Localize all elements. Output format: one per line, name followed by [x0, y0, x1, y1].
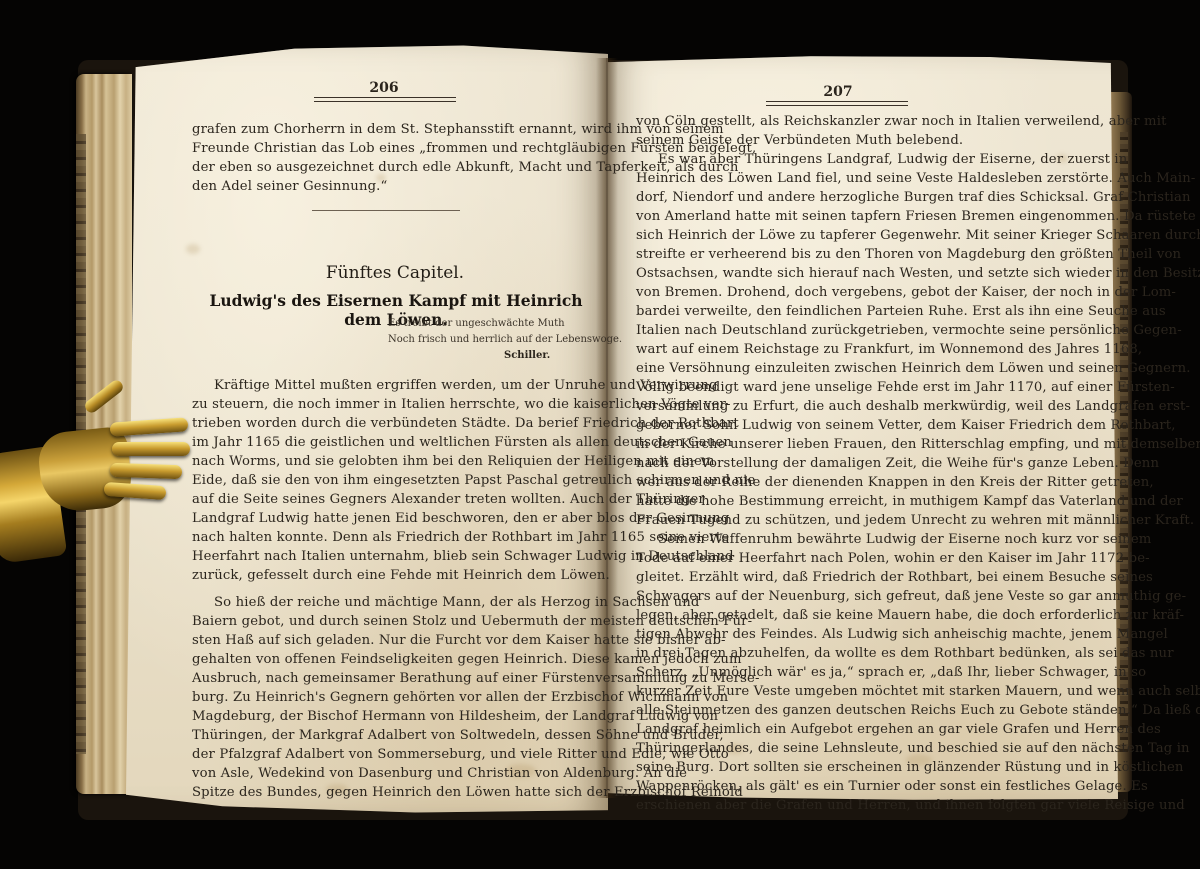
text-line: tigen Abwehr des Feindes. Als Ludwig sic…	[636, 627, 1042, 642]
text-line: der eben so ausgezeichnet durch edle Abk…	[192, 160, 592, 175]
brass-finger	[110, 463, 182, 480]
text-line: Scherz. „Unmöglich wär' es ja,“ sprach e…	[636, 665, 1042, 680]
text-line: grafen zum Chorherrn in dem St. Stephans…	[192, 122, 592, 137]
text-line: in drei Tagen abzuhelfen, da wollte es d…	[636, 646, 1042, 661]
text-line: streifte er verheerend bis zu den Thoren…	[636, 247, 1042, 262]
chapter-number: Fünftes Capitel.	[200, 263, 590, 283]
text-line: Völlig beendigt ward jene unselige Fehde…	[636, 380, 1042, 395]
text-line: eine Versöhnung einzuleiten zwischen Hei…	[636, 361, 1042, 376]
text-line: gehalten von offenen Feindseligkeiten ge…	[192, 652, 592, 667]
text-line: nach halten konnte. Denn als Friedrich d…	[192, 530, 592, 545]
text-line: sich Heinrich der Löwe zu tapferer Gegen…	[636, 228, 1042, 243]
text-line: seine Burg. Dort sollten sie erscheinen …	[636, 760, 1042, 775]
text-line: Ostsachsen, wandte sich hierauf nach Wes…	[636, 266, 1042, 281]
epigraph-line: Es treibt der ungeschwächte Muth	[388, 318, 565, 329]
text-line: So hieß der reiche und mächtige Mann, de…	[192, 595, 592, 610]
text-line: Landgraf heimlich ein Aufgebot ergehen a…	[636, 722, 1042, 737]
header-rule-left	[314, 97, 456, 102]
brass-finger	[112, 442, 190, 456]
text-line: erschienen aber die Grafen und Herren, u…	[636, 798, 1042, 813]
text-line: sten Haß auf sich geladen. Nur die Furch…	[192, 633, 592, 648]
text-line: nach der Vorstellung der damaligen Zeit,…	[636, 456, 1042, 471]
text-line: kurzer Zeit Eure Veste umgeben möchtet m…	[636, 684, 1042, 699]
text-line: Magdeburg, der Bischof Hermann von Hilde…	[192, 709, 592, 724]
epigraph-line: Noch frisch und herrlich auf der Lebensw…	[388, 334, 622, 345]
brass-thumb	[83, 378, 126, 415]
text-line: dorf, Niendorf und andere herzogliche Bu…	[636, 190, 1042, 205]
text-line: von Asle, Wedekind von Dasenburg und Chr…	[192, 766, 592, 781]
text-line: Freunde Christian das Lob eines „frommen…	[192, 141, 592, 156]
text-line: wer aus der Reihe der dienenden Knappen …	[636, 475, 1042, 490]
epigraph-author: Schiller.	[504, 350, 550, 361]
text-line: Schwagers auf der Neuenburg, sich gefreu…	[636, 589, 1042, 604]
text-line: versammlung zu Erfurt, die auch deshalb …	[636, 399, 1042, 414]
text-line: Baiern gebot, und durch seinen Stolz und…	[192, 614, 592, 629]
text-line: Seinen Waffenruhm bewährte Ludwig der Ei…	[636, 532, 1064, 547]
text-line: in der Kirche unserer lieben Frauen, den…	[636, 437, 1042, 452]
text-line: von Amerland hatte mit seinen tapfern Fr…	[636, 209, 1042, 224]
text-line: seinem Geiste der Verbündeten Muth beleb…	[636, 133, 1042, 148]
text-line: trieben worden durch die verbündeten Stä…	[192, 416, 592, 431]
text-line: Italien nach Deutschland zurückgetrieben…	[636, 323, 1042, 338]
text-line: Heinrich des Löwen Land fiel, und seine …	[636, 171, 1042, 186]
text-line: auf die Seite seines Gegners Alexander t…	[192, 492, 592, 507]
text-line: legen, aber getadelt, daß sie keine Maue…	[636, 608, 1042, 623]
text-line: gleitet. Erzählt wird, daß Friedrich der…	[636, 570, 1042, 585]
text-line: burg. Zu Heinrich's Gegnern gehörten vor…	[192, 690, 592, 705]
text-line: Tode auf einer Heerfahrt nach Polen, woh…	[636, 551, 1042, 566]
text-line: Eide, daß sie den von ihm eingesetzten P…	[192, 473, 592, 488]
text-line: Es war aber Thüringens Landgraf, Ludwig …	[636, 152, 1064, 167]
text-line: Ausbruch, nach gemeinsamer Berathung auf…	[192, 671, 592, 686]
text-line: Landgraf Ludwig hatte jenen Eid beschwor…	[192, 511, 592, 526]
text-line: hatte die hohe Bestimmung erreicht, in m…	[636, 494, 1042, 509]
text-line: zurück, gefesselt durch eine Fehde mit H…	[192, 568, 592, 583]
text-line: bardei verweilte, den feindlichen Partei…	[636, 304, 1042, 319]
text-line: im Jahr 1165 die geistlichen und weltlic…	[192, 435, 592, 450]
text-line: nach Worms, und sie gelobten ihm bei den…	[192, 454, 592, 469]
text-line: wart auf einem Reichstage zu Frankfurt, …	[636, 342, 1042, 357]
text-line: geborner Sohn Ludwig von seinem Vetter, …	[636, 418, 1042, 433]
text-line: Thüringerlandes, die seine Lehnsleute, u…	[636, 741, 1042, 756]
brass-hand-page-holder	[0, 380, 200, 550]
page-number-right: 207	[738, 84, 938, 100]
text-line: zu steuern, die noch immer in Italien he…	[192, 397, 592, 412]
text-line: den Adel seiner Gesinnung.“	[192, 179, 592, 194]
page-number-left: 206	[284, 80, 484, 96]
book-photo: 206 grafen zum Chorherrn in dem St. Step…	[0, 0, 1200, 869]
section-divider	[312, 210, 460, 211]
text-line: von Cöln gestellt, als Reichskanzler zwa…	[636, 114, 1042, 129]
text-line: von Bremen. Drohend, doch vergebens, geb…	[636, 285, 1042, 300]
text-line: Kräftige Mittel mußten ergriffen werden,…	[192, 378, 592, 393]
brass-finger	[110, 417, 189, 436]
text-line: Wappenröcken, als gält' es ein Turnier o…	[636, 779, 1042, 794]
text-line: Thüringen, der Markgraf Adalbert von Sol…	[192, 728, 592, 743]
text-line: Spitze des Bundes, gegen Heinrich den Lö…	[192, 785, 592, 800]
text-line: der Pfalzgraf Adalbert von Sommerseburg,…	[192, 747, 592, 762]
text-line: Frauen Tugend zu schützen, und jedem Unr…	[636, 513, 1042, 528]
text-line: Heerfahrt nach Italien unternahm, blieb …	[192, 549, 592, 564]
header-rule-right	[766, 101, 908, 106]
foxing-spot	[186, 244, 200, 254]
text-line: alle Steinmetzen des ganzen deutschen Re…	[636, 703, 1042, 718]
